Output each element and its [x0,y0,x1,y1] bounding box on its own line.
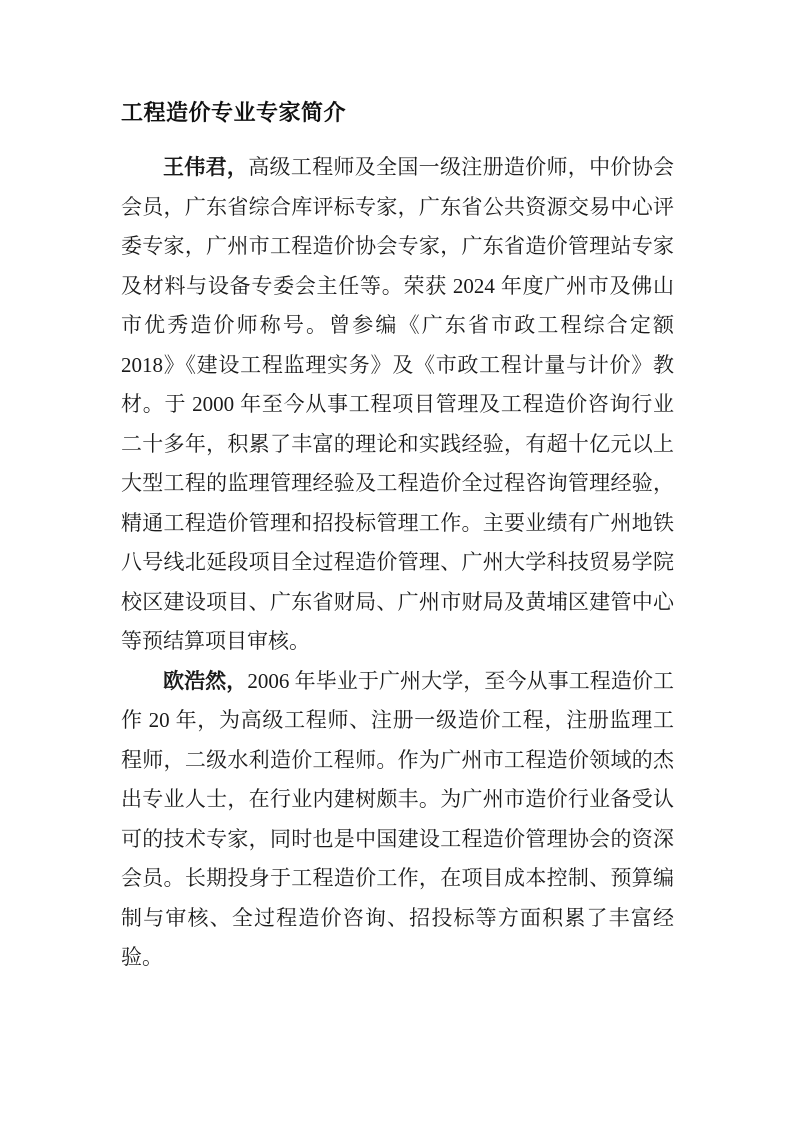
expert-2-bio: 2006 年毕业于广州大学，至今从事工程造价工作 20 年，为高级工程师、注册一… [121,669,674,970]
document-title: 工程造价专业专家简介 [121,97,674,128]
expert-1-name: 王伟君， [163,155,248,179]
document-content: 工程造价专业专家简介 王伟君，高级工程师及全国一级注册造价师，中价协会会员，广东… [121,97,674,978]
document-page: 工程造价专业专家简介 王伟君，高级工程师及全国一级注册造价师，中价协会会员，广东… [0,0,794,1123]
expert-2-name: 欧浩然， [163,669,247,693]
expert-1-bio: 高级工程师及全国一级注册造价师，中价协会会员，广东省综合库评标专家，广东省公共资… [121,155,674,653]
paragraph-expert-1: 王伟君，高级工程师及全国一级注册造价师，中价协会会员，广东省综合库评标专家，广东… [121,148,674,662]
paragraph-expert-2: 欧浩然，2006 年毕业于广州大学，至今从事工程造价工作 20 年，为高级工程师… [121,662,674,978]
